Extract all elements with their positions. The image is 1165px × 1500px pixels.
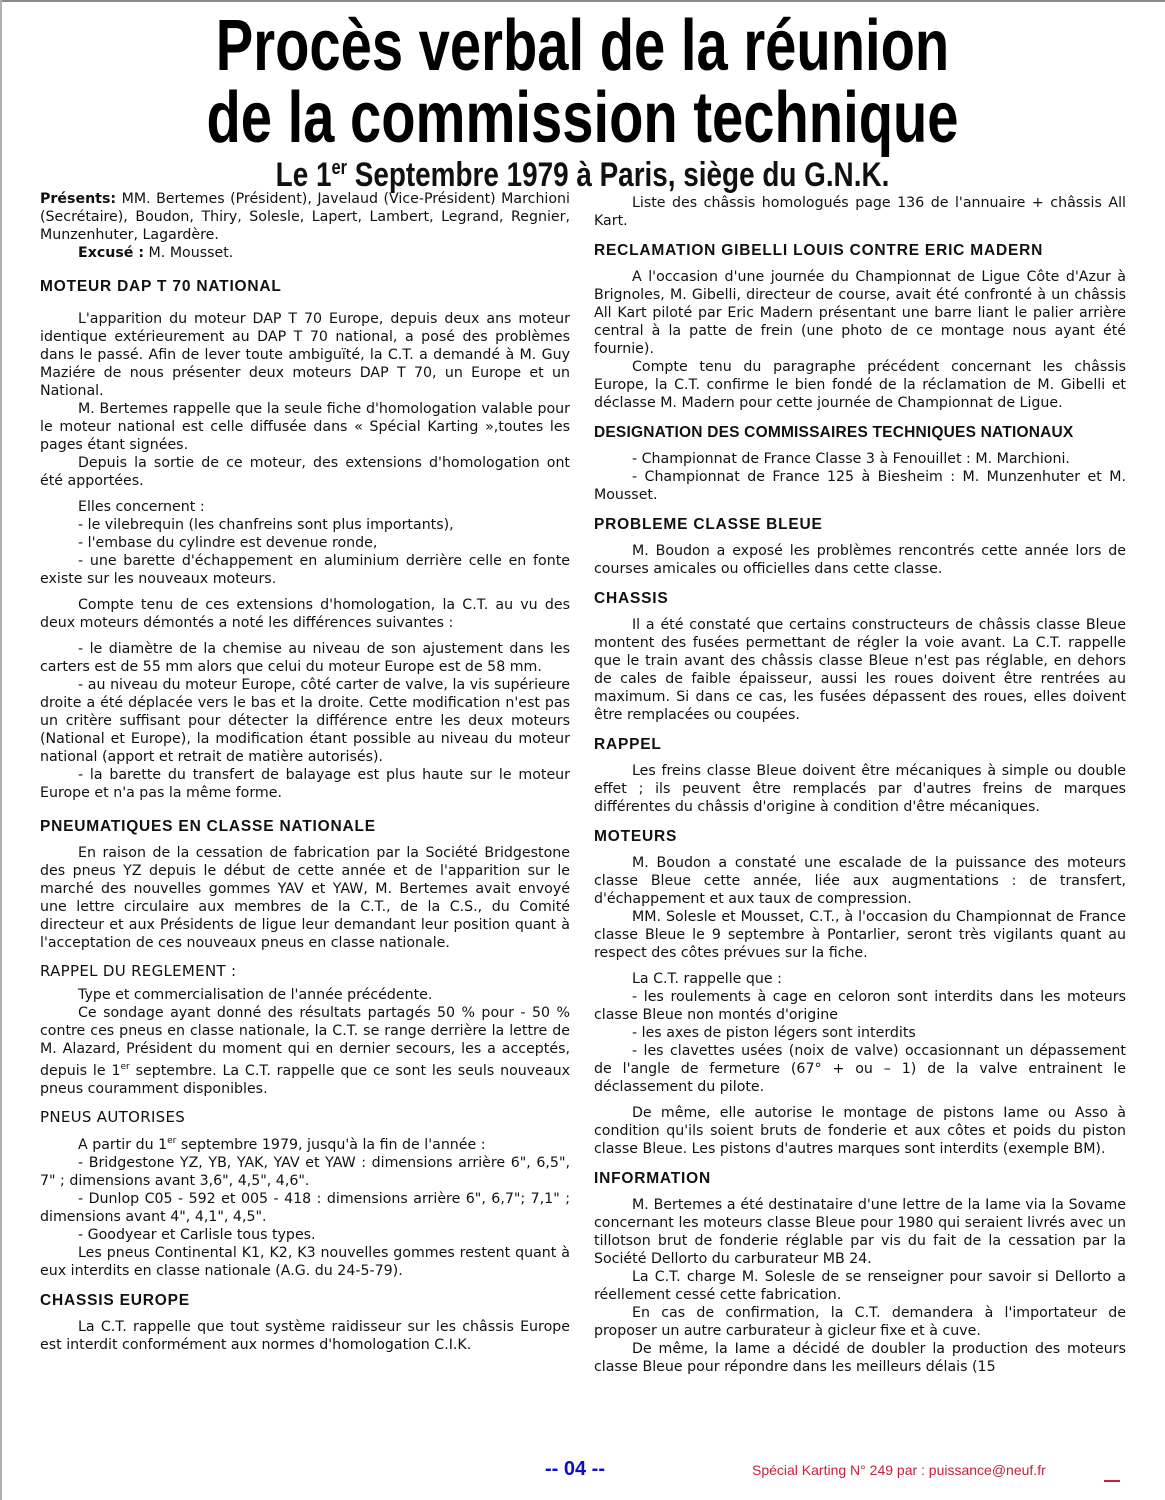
paragraph: M. Bertemes a été destinataire d'une let…	[594, 1196, 1126, 1268]
left-border	[0, 0, 2, 1500]
section-heading: RAPPEL	[594, 736, 1126, 754]
list-item: - Dunlop C05 - 592 et 005 - 418 : dimens…	[40, 1190, 570, 1226]
paragraph: M. Boudon a exposé les problèmes rencont…	[594, 542, 1126, 578]
paragraph: La C.T. rappelle que tout système raidis…	[40, 1318, 570, 1354]
list-item: - le diamètre de la chemise au niveau de…	[40, 640, 570, 676]
section-heading: CHASSIS	[594, 590, 1126, 608]
paragraph: Compte tenu du paragraphe précédent conc…	[594, 358, 1126, 412]
source-credit: Spécial Karting N° 249 par : puissance@n…	[752, 1462, 1046, 1478]
left-column: Présents: MM. Bertemes (Président), Jave…	[40, 190, 570, 1354]
section-heading: RAPPEL DU REGLEMENT :	[40, 962, 570, 980]
subtitle-text-rest: Septembre 1979 à Paris, siège du G.N.K.	[347, 156, 889, 194]
list-item: - l'embase du cylindre est devenue ronde…	[40, 534, 570, 552]
list-item: - le vilebrequin (les chanfreins sont pl…	[40, 516, 570, 534]
list-item: - Championnat de France Classe 3 à Fenou…	[594, 450, 1126, 468]
paragraph: Type et commercialisation de l'année pré…	[40, 986, 570, 1004]
list-item: - la barette du transfert de balayage es…	[40, 766, 570, 802]
presents-text: MM. Bertemes (Président), Javelaud (Vice…	[40, 191, 570, 243]
paragraph: De même, la Iame a décidé de doubler la …	[594, 1340, 1126, 1376]
list-item: - au niveau du moteur Europe, côté carte…	[40, 676, 570, 766]
paragraph: Les pneus Continental K1, K2, K3 nouvell…	[40, 1244, 570, 1280]
page-subtitle: Le 1er Septembre 1979 à Paris, siège du …	[105, 148, 1060, 195]
paragraph: En cas de confirmation, la C.T. demander…	[594, 1304, 1126, 1340]
subtitle-superscript: er	[331, 157, 347, 179]
section-heading: PNEUS AUTORISES	[40, 1108, 570, 1126]
section-heading: PROBLEME CLASSE BLEUE	[594, 516, 1126, 534]
paragraph: Depuis la sortie de ce moteur, des exten…	[40, 454, 570, 490]
list-item: - une barette d'échappement en aluminium…	[40, 552, 570, 588]
paragraph: Les freins classe Bleue doivent être méc…	[594, 762, 1126, 816]
paragraph: En raison de la cessation de fabrication…	[40, 844, 570, 952]
excuse-label: Excusé :	[78, 245, 144, 261]
attendance-excused: Excusé : M. Mousset.	[40, 244, 570, 262]
page-title-line-1: Procès verbal de la réunion	[128, 8, 1037, 84]
excuse-text: M. Mousset.	[144, 245, 233, 261]
list-item: - Championnat de France 125 à Biesheim :…	[594, 468, 1126, 504]
paragraph: La C.T. rappelle que :	[594, 970, 1126, 988]
attendance-presents: Présents: MM. Bertemes (Président), Jave…	[40, 190, 570, 244]
credit-underline	[1104, 1480, 1120, 1482]
superscript: er	[120, 1062, 129, 1072]
paragraph: Ce sondage ayant donné des résultats par…	[40, 1004, 570, 1098]
paragraph-text: septembre 1979, jusqu'à la fin de l'anné…	[176, 1137, 485, 1153]
section-heading: INFORMATION	[594, 1170, 1126, 1188]
paragraph: Elles concernent :	[40, 498, 570, 516]
page-number: -- 04 --	[545, 1458, 605, 1481]
superscript: er	[167, 1136, 176, 1146]
paragraph: L'apparition du moteur DAP T 70 Europe, …	[40, 310, 570, 400]
section-heading: MOTEUR DAP T 70 NATIONAL	[40, 278, 570, 296]
presents-label: Présents:	[40, 191, 116, 207]
paragraph: MM. Solesle et Mousset, C.T., à l'occasi…	[594, 908, 1126, 962]
list-item: - les clavettes usées (noix de valve) oc…	[594, 1042, 1126, 1096]
top-border	[0, 0, 1165, 2]
section-heading: CHASSIS EUROPE	[40, 1292, 570, 1310]
section-heading: RECLAMATION GIBELLI LOUIS CONTRE ERIC MA…	[594, 242, 1126, 260]
paragraph: De même, elle autorise le montage de pis…	[594, 1104, 1126, 1158]
paragraph: M. Boudon a constaté une escalade de la …	[594, 854, 1126, 908]
paragraph: A partir du 1er septembre 1979, jusqu'à …	[40, 1132, 570, 1154]
paragraph-text: A partir du 1	[78, 1137, 167, 1153]
list-item: - Bridgestone YZ, YB, YAK, YAV et YAW : …	[40, 1154, 570, 1190]
page-title-line-2: de la commission technique	[128, 80, 1037, 156]
paragraph: A l'occasion d'une journée du Championna…	[594, 268, 1126, 358]
list-item: - Goodyear et Carlisle tous types.	[40, 1226, 570, 1244]
paragraph: Compte tenu de ces extensions d'homologa…	[40, 596, 570, 632]
subtitle-text: Le 1	[276, 156, 332, 194]
paragraph: M. Bertemes rappelle que la seule fiche …	[40, 400, 570, 454]
list-item: - les axes de piston légers sont interdi…	[594, 1024, 1126, 1042]
section-heading: MOTEURS	[594, 828, 1126, 846]
paragraph: Il a été constaté que certains construct…	[594, 616, 1126, 724]
paragraph: Liste des châssis homologués page 136 de…	[594, 194, 1126, 230]
right-column: Liste des châssis homologués page 136 de…	[594, 194, 1126, 1376]
section-heading: PNEUMATIQUES EN CLASSE NATIONALE	[40, 818, 570, 836]
section-heading: DESIGNATION DES COMMISSAIRES TECHNIQUES …	[594, 424, 1126, 442]
paragraph: La C.T. charge M. Solesle de se renseign…	[594, 1268, 1126, 1304]
list-item: - les roulements à cage en celoron sont …	[594, 988, 1126, 1024]
